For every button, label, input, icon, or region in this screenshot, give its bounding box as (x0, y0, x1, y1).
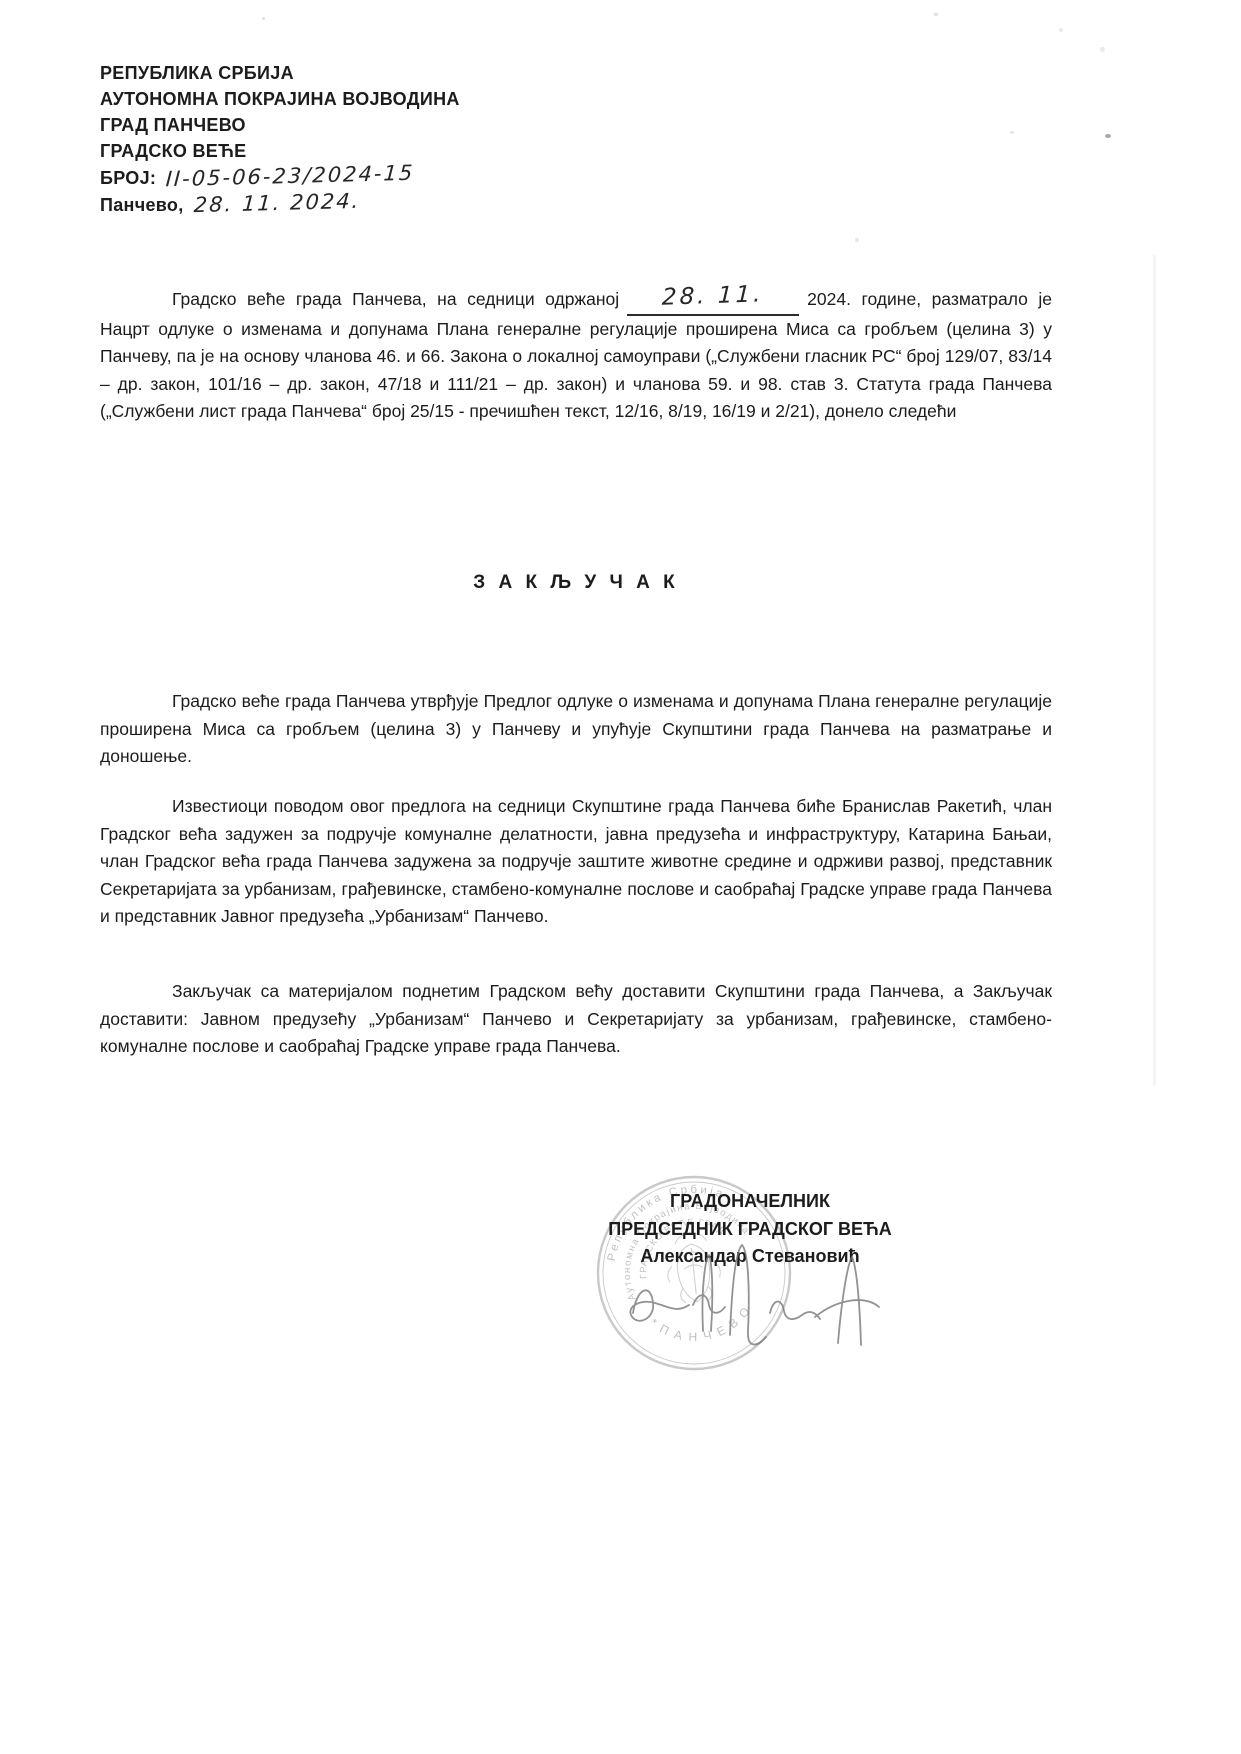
letterhead-line-city: ГРАД ПАНЧЕВО (100, 112, 460, 138)
paragraph-introduction: Градско веће града Панчева, на седници о… (100, 286, 1052, 426)
case-number-label: БРОЈ: (100, 165, 156, 191)
document-page: РЕПУБЛИКА СРБИЈА АУТОНОМНА ПОКРАЈИНА ВОЈ… (0, 0, 1241, 1754)
scan-speck (1100, 47, 1105, 52)
scan-speck (1010, 131, 1014, 134)
scan-speck (1105, 134, 1111, 138)
handwritten-case-number: II-05-06-23/2024-15 (165, 160, 415, 192)
place-label: Панчево, (100, 192, 184, 218)
scan-speck (934, 13, 938, 16)
handwritten-signature (555, 1195, 915, 1365)
document-title: З А К Љ У Ч А К (100, 572, 1052, 594)
letterhead-line-republic: РЕПУБЛИКА СРБИЈА (100, 60, 460, 86)
date-fill-in-line: 28. 11. (627, 286, 799, 316)
paragraph-delivery: Закључак са материјалом поднетим Градско… (100, 978, 1052, 1061)
paragraph-rapporteurs: Известиоци поводом овог предлога на седн… (100, 793, 1052, 931)
handwritten-header-date: 28. 11. 2024. (193, 188, 361, 218)
letterhead: РЕПУБЛИКА СРБИЈА АУТОНОМНА ПОКРАЈИНА ВОЈ… (100, 60, 460, 218)
p1-text-before-date: Градско веће града Панчева, на седници о… (172, 289, 619, 309)
scan-speck (1059, 28, 1063, 32)
handwritten-session-date: 28. 11. (662, 284, 764, 308)
scan-speck (262, 17, 265, 20)
paragraph-decision: Градско веће града Панчева утврђује Пред… (100, 688, 1052, 771)
scan-line-artifact (1153, 255, 1156, 1085)
scan-speck (855, 238, 859, 242)
letterhead-line-province: АУТОНОМНА ПОКРАЈИНА ВОЈВОДИНА (100, 86, 460, 112)
